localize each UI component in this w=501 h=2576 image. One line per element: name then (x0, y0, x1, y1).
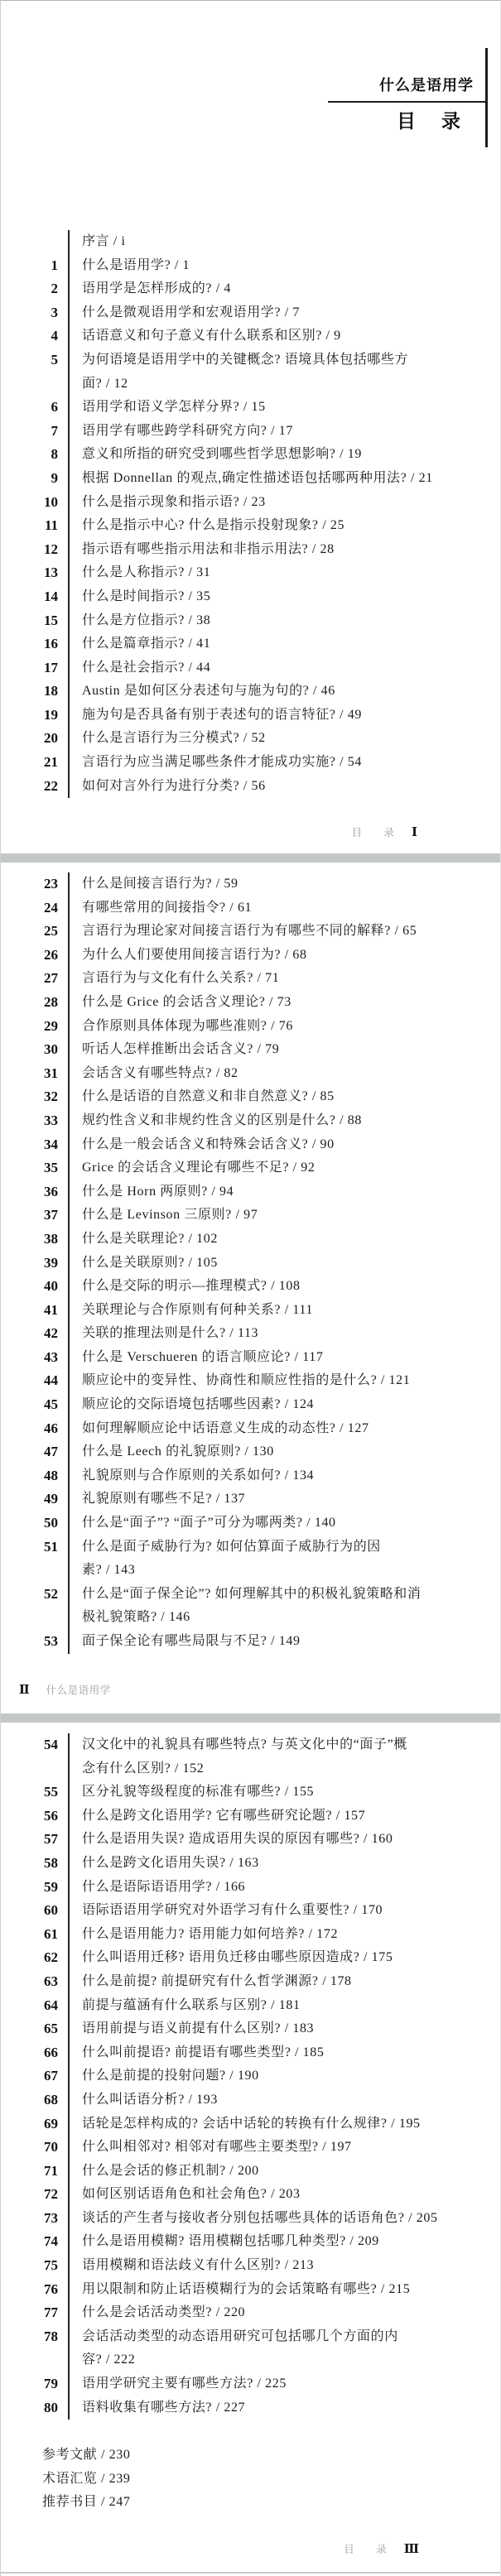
toc-entry: 70什么叫相邻对? 相邻对有哪些主要类型? / 197 (1, 2136, 500, 2160)
toc-entry: 31会话含义有哪些特点? / 82 (1, 1062, 500, 1086)
entry-number: 4 (1, 324, 68, 348)
entry-number: 71 (1, 2160, 68, 2184)
toc-entry: 1什么是语用学? / 1 (1, 254, 500, 278)
toc-entry: 51什么是面子威胁行为? 如何估算面子威胁行为的因素? / 143 (1, 1536, 500, 1583)
entry-title: 什么是关联理论? / 102 (68, 1228, 218, 1252)
entry-number: 58 (1, 1852, 68, 1876)
entry-title: 什么叫相邻对? 相邻对有哪些主要类型? / 197 (68, 2136, 352, 2160)
toc-entry: 75语用模糊和语法歧义有什么区别? / 213 (1, 2254, 500, 2278)
header-horizontal-rule (328, 101, 485, 103)
entry-title: 什么叫前提语? 前提语有哪些类型? / 185 (68, 2041, 324, 2065)
entry-number: 45 (1, 1393, 68, 1417)
entry-number: 43 (1, 1346, 68, 1370)
entry-number: 61 (1, 1923, 68, 1947)
entry-number: 9 (1, 467, 68, 491)
toc-entry: 42关联的推理法则是什么? / 113 (1, 1322, 500, 1346)
toc-entry: 18Austin 是如何区分表述句与施为句的? / 46 (1, 680, 500, 704)
entry-number: 42 (1, 1322, 68, 1346)
entry-number: 38 (1, 1228, 68, 1252)
toc-entry: 62什么叫语用迁移? 语用负迁移由哪些原因造成? / 175 (1, 1946, 500, 1970)
toc-entry: 64前提与蕴涵有什么联系与区别? / 181 (1, 1994, 500, 2018)
entry-number: 77 (1, 2301, 68, 2325)
toc-list-page-2: 23什么是间接言语行为? / 5924有哪些常用的间接指令? / 6125言语行… (1, 872, 500, 1654)
toc-entry: 47什么是 Leech 的礼貌原则? / 130 (1, 1440, 500, 1464)
toc-entry: 15什么是方位指示? / 38 (1, 609, 500, 633)
entry-number: 66 (1, 2041, 68, 2065)
toc-entry: 61什么是语用能力? 语用能力如何培养? / 172 (1, 1923, 500, 1947)
entry-number: 3 (1, 301, 68, 325)
toc-entry: 78会话活动类型的动态语用研究可包括哪几个方面的内容? / 222 (1, 2325, 500, 2372)
entry-title: 语际语语用学研究对外语学习有什么重要性? / 170 (68, 1899, 383, 1923)
toc-entry: 54汉文化中的礼貌具有哪些特点? 与英文化中的“面子”概念有什么区别? / 15… (1, 1733, 500, 1781)
entry-number: 27 (1, 967, 68, 991)
page-separator (1, 853, 500, 863)
toc-entry: 20什么是言语行为三分模式? / 52 (1, 727, 500, 751)
entry-number: 30 (1, 1038, 68, 1062)
entry-title: 语用学和语义学怎样分界? / 15 (68, 396, 266, 420)
entry-title: 用以限制和防止话语模糊行为的会话策略有哪些? / 215 (68, 2278, 410, 2302)
entry-title: 语用模糊和语法歧义有什么区别? / 213 (68, 2254, 314, 2278)
entry-number: 48 (1, 1464, 68, 1488)
entry-title: 什么是关联原则? / 105 (68, 1252, 218, 1276)
entry-number: 62 (1, 1946, 68, 1970)
toc-entry: 24有哪些常用的间接指令? / 61 (1, 896, 500, 920)
footer-page-number: Ⅲ (404, 2543, 419, 2556)
back-matter-entry: 术语汇览 / 239 (42, 2468, 500, 2492)
entry-number: 78 (1, 2325, 68, 2372)
entry-title: 什么是“面子”? “面子”可分为哪两类? / 140 (68, 1511, 336, 1536)
entry-title: 什么是指示中心? 什么是指示投射现象? / 25 (68, 514, 344, 538)
entry-title: 什么是语用模糊? 语用模糊包括哪几种类型? / 209 (68, 2230, 379, 2254)
toc-entry: 58什么是跨文化语用失误? / 163 (1, 1852, 500, 1876)
entry-number (1, 230, 68, 254)
entry-title: 如何理解顺应论中话语意义生成的动态性? / 127 (68, 1417, 369, 1441)
toc-entry: 44顺应论中的变异性、协商性和顺应性指的是什么? / 121 (1, 1369, 500, 1393)
entry-number: 50 (1, 1511, 68, 1536)
toc-entry: 60语际语语用学研究对外语学习有什么重要性? / 170 (1, 1899, 500, 1923)
entry-title: 语用前提与语义前提有什么区别? / 183 (68, 2017, 314, 2041)
toc-list-page-3: 54汉文化中的礼貌具有哪些特点? 与英文化中的“面子”概念有什么区别? / 15… (1, 1733, 500, 2515)
toc-entry: 69话轮是怎样构成的? 会话中话轮的转换有什么规律? / 195 (1, 2112, 500, 2136)
toc-entry: 71什么是会话的修正机制? / 200 (1, 2160, 500, 2184)
toc-entry: 32什么是话语的自然意义和非自然意义? / 85 (1, 1085, 500, 1109)
toc-entry: 28什么是 Grice 的会话含义理论? / 73 (1, 991, 500, 1015)
toc-entry: 8意义和所指的研究受到哪些哲学思想影响? / 19 (1, 443, 500, 467)
entry-number: 40 (1, 1275, 68, 1299)
entry-number: 54 (1, 1733, 68, 1781)
entry-title: 言语行为应当满足哪些条件才能成功实施? / 54 (68, 751, 362, 775)
toc-entry: 76用以限制和防止话语模糊行为的会话策略有哪些? / 215 (1, 2278, 500, 2302)
entry-number: 16 (1, 632, 68, 656)
entry-number: 69 (1, 2112, 68, 2136)
entry-title: 什么是微观语用学和宏观语用学? / 7 (68, 301, 300, 325)
entry-number: 57 (1, 1828, 68, 1852)
toc-entry: 16什么是篇章指示? / 41 (1, 632, 500, 656)
toc-entry: 7语用学有哪些跨学科研究方向? / 17 (1, 420, 500, 444)
entry-number: 17 (1, 656, 68, 680)
entry-title: 什么是“面子保全论”? 如何理解其中的积极礼貌策略和消极礼貌策略? / 146 (68, 1583, 422, 1630)
entry-title: 什么是话语的自然意义和非自然意义? / 85 (68, 1085, 335, 1109)
toc-entry: 68什么叫话语分析? / 193 (1, 2088, 500, 2112)
entry-title: 语用学有哪些跨学科研究方向? / 17 (68, 420, 293, 444)
entry-number: 51 (1, 1536, 68, 1583)
entry-title: 什么是会话的修正机制? / 200 (68, 2160, 259, 2184)
entry-title: 什么叫话语分析? / 193 (68, 2088, 218, 2112)
page-footer-3: 目 录Ⅲ (344, 2541, 419, 2558)
entry-title: 什么是一般会话含义和特殊会话含义? / 90 (68, 1133, 335, 1157)
entry-number: 23 (1, 872, 68, 896)
header-vertical-rule (485, 48, 488, 147)
entry-title: Grice 的会话含义理论有哪些不足? / 92 (68, 1156, 315, 1180)
entry-title: 谈话的产生者与接收者分别包括哪些具体的话语角色? / 205 (68, 2207, 438, 2231)
toc-entry: 21言语行为应当满足哪些条件才能成功实施? / 54 (1, 751, 500, 775)
entry-title: 如何对言外行为进行分类? / 56 (68, 775, 266, 799)
toc-entry: 72如何区别话语角色和社会角色? / 203 (1, 2183, 500, 2207)
entry-number: 29 (1, 1015, 68, 1039)
entry-number: 72 (1, 2183, 68, 2207)
entry-number: 8 (1, 443, 68, 467)
toc-entry: 43什么是 Verschueren 的语言顺应论? / 117 (1, 1346, 500, 1370)
toc-entry: 55区分礼貌等级程度的标准有哪些? / 155 (1, 1781, 500, 1805)
entry-number: 76 (1, 2278, 68, 2302)
entry-number: 70 (1, 2136, 68, 2160)
toc-entry: 14什么是时间指示? / 35 (1, 585, 500, 609)
toc-entry: 13什么是人称指示? / 31 (1, 561, 500, 585)
entry-number: 2 (1, 277, 68, 301)
entry-number: 25 (1, 920, 68, 944)
entry-title: 什么是 Verschueren 的语言顺应论? / 117 (68, 1346, 323, 1370)
entry-number: 52 (1, 1583, 68, 1630)
entry-number: 63 (1, 1970, 68, 1994)
toc-entry: 4话语意义和句子意义有什么联系和区别? / 9 (1, 324, 500, 348)
page-separator (1, 1713, 500, 1723)
entry-number: 46 (1, 1417, 68, 1441)
entry-title: 什么是 Grice 的会话含义理论? / 73 (68, 991, 291, 1015)
entry-number: 39 (1, 1252, 68, 1276)
toc-entry: 27言语行为与文化有什么关系? / 71 (1, 967, 500, 991)
entry-title: 语用学研究主要有哪些方法? / 225 (68, 2372, 287, 2396)
entry-number: 59 (1, 1876, 68, 1900)
entry-title: 指示语有哪些指示用法和非指示用法? / 28 (68, 538, 335, 562)
toc-entry: 39什么是关联原则? / 105 (1, 1252, 500, 1276)
entry-number: 28 (1, 991, 68, 1015)
entry-number: 80 (1, 2396, 68, 2420)
entry-number: 41 (1, 1299, 68, 1323)
toc-entry: 5为何语境是语用学中的关键概念? 语境具体包括哪些方面? / 12 (1, 348, 500, 396)
entry-number: 1 (1, 254, 68, 278)
entry-title: 意义和所指的研究受到哪些哲学思想影响? / 19 (68, 443, 362, 467)
entry-title: 什么是间接言语行为? / 59 (68, 872, 238, 896)
entry-title: 什么是跨文化语用学? 它有哪些研究论题? / 157 (68, 1805, 365, 1829)
entry-title: 根据 Donnellan 的观点,确定性描述语包括哪两种用法? / 21 (68, 467, 433, 491)
footer-section-label: 目 录 (344, 2544, 393, 2555)
entry-number: 75 (1, 2254, 68, 2278)
entry-number: 21 (1, 751, 68, 775)
toc-entry: 46如何理解顺应论中话语意义生成的动态性? / 127 (1, 1417, 500, 1441)
toc-entry: 40什么是交际的明示—推理模式? / 108 (1, 1275, 500, 1299)
entry-title: 什么是前提? 前提研究有什么哲学渊源? / 178 (68, 1970, 352, 1994)
toc-entry: 11什么是指示中心? 什么是指示投射现象? / 25 (1, 514, 500, 538)
toc-entry: 52什么是“面子保全论”? 如何理解其中的积极礼貌策略和消极礼貌策略? / 14… (1, 1583, 500, 1630)
entry-title: 施为句是否具备有别于表述句的语言特征? / 49 (68, 704, 362, 728)
toc-entry: 56什么是跨文化语用学? 它有哪些研究论题? / 157 (1, 1805, 500, 1829)
toc-entry: 73谈话的产生者与接收者分别包括哪些具体的话语角色? / 205 (1, 2207, 500, 2231)
entry-number: 10 (1, 491, 68, 515)
entry-title: 什么是语用学? / 1 (68, 254, 190, 278)
toc-entry: 38什么是关联理论? / 102 (1, 1228, 500, 1252)
toc-entry: 79语用学研究主要有哪些方法? / 225 (1, 2372, 500, 2396)
page-bottom-rule (1, 2572, 500, 2574)
entry-title: 会话活动类型的动态语用研究可包括哪几个方面的内容? / 222 (68, 2325, 398, 2372)
entry-title: 什么是言语行为三分模式? / 52 (68, 727, 266, 751)
entry-title: 话语意义和句子意义有什么联系和区别? / 9 (68, 324, 341, 348)
toc-entry: 59什么是语际语语用学? / 166 (1, 1876, 500, 1900)
toc-page-1: 什么是语用学 目 录 序言 / i1什么是语用学? / 12语用学是怎样形成的?… (1, 1, 500, 853)
toc-entry: 35Grice 的会话含义理论有哪些不足? / 92 (1, 1156, 500, 1180)
toc-entry: 49礼貌原则有哪些不足? / 137 (1, 1487, 500, 1511)
back-matter-entry: 参考文献 / 230 (42, 2444, 500, 2468)
entry-number: 55 (1, 1781, 68, 1805)
entry-title: 什么是会话活动类型? / 220 (68, 2301, 245, 2325)
entry-title: 什么是 Leech 的礼貌原则? / 130 (68, 1440, 274, 1464)
entry-number: 36 (1, 1180, 68, 1204)
entry-title: 为什么人们要使用间接言语行为? / 68 (68, 944, 307, 968)
toc-entry: 67什么是前提的投射问题? / 190 (1, 2064, 500, 2088)
entry-number: 79 (1, 2372, 68, 2396)
entry-title: 语用学是怎样形成的? / 4 (68, 277, 231, 301)
entry-title: 什么是面子威胁行为? 如何估算面子威胁行为的因素? / 143 (68, 1536, 381, 1583)
toc-entry: 17什么是社会指示? / 44 (1, 656, 500, 680)
entry-title: 言语行为与文化有什么关系? / 71 (68, 967, 279, 991)
entry-title: 什么是语用能力? 语用能力如何培养? / 172 (68, 1923, 338, 1947)
back-matter-entry: 推荐书目 / 247 (42, 2491, 500, 2515)
entry-title: 什么是篇章指示? / 41 (68, 632, 210, 656)
entry-title: 语料收集有哪些方法? / 227 (68, 2396, 245, 2420)
entry-number: 37 (1, 1204, 68, 1228)
entry-title: 顺应论中的变异性、协商性和顺应性指的是什么? / 121 (68, 1369, 410, 1393)
entry-title: 什么是语用失误? 造成语用失误的原因有哪些? / 160 (68, 1828, 393, 1852)
entry-title: 什么是语际语语用学? / 166 (68, 1876, 245, 1900)
toc-entry: 33规约性含义和非规约性含义的区别是什么? / 88 (1, 1109, 500, 1133)
entry-title: Austin 是如何区分表述句与施为句的? / 46 (68, 680, 335, 704)
toc-entry: 37什么是 Levinson 三原则? / 97 (1, 1204, 500, 1228)
toc-entry: 41关联理论与合作原则有何种关系? / 111 (1, 1299, 500, 1323)
entry-number: 11 (1, 514, 68, 538)
toc-entry: 74什么是语用模糊? 语用模糊包括哪几种类型? / 209 (1, 2230, 500, 2254)
entry-number: 13 (1, 561, 68, 585)
toc-entry: 23什么是间接言语行为? / 59 (1, 872, 500, 896)
toc-document: 什么是语用学 目 录 序言 / i1什么是语用学? / 12语用学是怎样形成的?… (0, 0, 501, 2576)
toc-entry: 12指示语有哪些指示用法和非指示用法? / 28 (1, 538, 500, 562)
entry-number: 24 (1, 896, 68, 920)
entry-number: 56 (1, 1805, 68, 1829)
running-head: 什么是语用学 (379, 77, 474, 94)
entry-number: 53 (1, 1630, 68, 1654)
toc-entry: 34什么是一般会话含义和特殊会话含义? / 90 (1, 1133, 500, 1157)
entry-title: 关联的推理法则是什么? / 113 (68, 1322, 258, 1346)
entry-number: 60 (1, 1899, 68, 1923)
back-matter: 参考文献 / 230术语汇览 / 239推荐书目 / 247 (42, 2444, 500, 2515)
toc-entry: 36什么是 Horn 两原则? / 94 (1, 1180, 500, 1204)
entry-title: 顺应论的交际语境包括哪些因素? / 124 (68, 1393, 314, 1417)
entry-title: 为何语境是语用学中的关键概念? 语境具体包括哪些方面? / 12 (68, 348, 408, 396)
toc-entry: 65语用前提与语义前提有什么区别? / 183 (1, 2017, 500, 2041)
toc-page-3: 54汉文化中的礼貌具有哪些特点? 与英文化中的“面子”概念有什么区别? / 15… (1, 1723, 500, 2576)
entry-title: 礼貌原则与合作原则的关系如何? / 134 (68, 1464, 314, 1488)
entry-number: 15 (1, 609, 68, 633)
entry-title: 言语行为理论家对间接言语行为有哪些不同的解释? / 65 (68, 920, 417, 944)
entry-title: 面子保全论有哪些局限与不足? / 149 (68, 1630, 301, 1654)
footer-page-number: Ⅰ (412, 826, 417, 839)
entry-number: 74 (1, 2230, 68, 2254)
entry-title: 听话人怎样推断出会话含义? / 79 (68, 1038, 279, 1062)
entry-number: 22 (1, 775, 68, 799)
entry-number: 14 (1, 585, 68, 609)
entry-number: 7 (1, 420, 68, 444)
footer-page-number: Ⅱ (19, 1684, 30, 1697)
entry-number: 20 (1, 727, 68, 751)
toc-entry: 29合作原则具体体现为哪些准则? / 76 (1, 1015, 500, 1039)
entry-number: 5 (1, 348, 68, 396)
toc-entry: 77什么是会话活动类型? / 220 (1, 2301, 500, 2325)
entry-number: 12 (1, 538, 68, 562)
entry-title: 什么是跨文化语用失误? / 163 (68, 1852, 259, 1876)
entry-title: 汉文化中的礼貌具有哪些特点? 与英文化中的“面子”概念有什么区别? / 152 (68, 1733, 407, 1781)
entry-title: 什么是人称指示? / 31 (68, 561, 210, 585)
toc-list-page-1: 序言 / i1什么是语用学? / 12语用学是怎样形成的? / 43什么是微观语… (1, 230, 500, 798)
toc-entry: 19施为句是否具备有别于表述句的语言特征? / 49 (1, 704, 500, 728)
entry-title: 合作原则具体体现为哪些准则? / 76 (68, 1015, 293, 1039)
entry-title: 什么是前提的投射问题? / 190 (68, 2064, 259, 2088)
entry-number: 18 (1, 680, 68, 704)
toc-entry: 30听话人怎样推断出会话含义? / 79 (1, 1038, 500, 1062)
toc-entry: 63什么是前提? 前提研究有什么哲学渊源? / 178 (1, 1970, 500, 1994)
entry-title: 如何区别话语角色和社会角色? / 203 (68, 2183, 301, 2207)
entry-title: 什么是方位指示? / 38 (68, 609, 210, 633)
entry-title: 什么是交际的明示—推理模式? / 108 (68, 1275, 301, 1299)
entry-title: 会话含义有哪些特点? / 82 (68, 1062, 238, 1086)
entry-title: 什么叫语用迁移? 语用负迁移由哪些原因造成? / 175 (68, 1946, 393, 1970)
toc-entry: 26为什么人们要使用间接言语行为? / 68 (1, 944, 500, 968)
toc-page-2: 23什么是间接言语行为? / 5924有哪些常用的间接指令? / 6125言语行… (1, 863, 500, 1713)
entry-number: 35 (1, 1156, 68, 1180)
entry-number: 19 (1, 704, 68, 728)
toc-entry: 3什么是微观语用学和宏观语用学? / 7 (1, 301, 500, 325)
entry-number: 64 (1, 1994, 68, 2018)
toc-entry: 57什么是语用失误? 造成语用失误的原因有哪些? / 160 (1, 1828, 500, 1852)
entry-title: 礼貌原则有哪些不足? / 137 (68, 1487, 245, 1511)
entry-title: 关联理论与合作原则有何种关系? / 111 (68, 1299, 313, 1323)
footer-section-label: 目 录 (351, 827, 400, 839)
entry-number: 44 (1, 1369, 68, 1393)
entry-number: 26 (1, 944, 68, 968)
toc-entry: 66什么叫前提语? 前提语有哪些类型? / 185 (1, 2041, 500, 2065)
toc-title: 目 录 (397, 110, 464, 132)
toc-entry: 10什么是指示现象和指示语? / 23 (1, 491, 500, 515)
entry-number: 73 (1, 2207, 68, 2231)
entry-number: 33 (1, 1109, 68, 1133)
entry-title: 有哪些常用的间接指令? / 61 (68, 896, 252, 920)
entry-number: 47 (1, 1440, 68, 1464)
entry-title: 什么是 Levinson 三原则? / 97 (68, 1204, 258, 1228)
toc-entry: 80语料收集有哪些方法? / 227 (1, 2396, 500, 2420)
entry-title: 什么是社会指示? / 44 (68, 656, 210, 680)
toc-entry: 22如何对言外行为进行分类? / 56 (1, 775, 500, 799)
entry-title: 规约性含义和非规约性含义的区别是什么? / 88 (68, 1109, 362, 1133)
toc-entry: 2语用学是怎样形成的? / 4 (1, 277, 500, 301)
entry-number: 6 (1, 396, 68, 420)
entry-number: 32 (1, 1085, 68, 1109)
toc-entry: 50什么是“面子”? “面子”可分为哪两类? / 140 (1, 1511, 500, 1536)
entry-number: 65 (1, 2017, 68, 2041)
footer-section-label: 什么是语用学 (46, 1684, 111, 1696)
entry-number: 31 (1, 1062, 68, 1086)
toc-entry: 6语用学和语义学怎样分界? / 15 (1, 396, 500, 420)
entry-title: 什么是指示现象和指示语? / 23 (68, 491, 266, 515)
toc-entry: 45顺应论的交际语境包括哪些因素? / 124 (1, 1393, 500, 1417)
entry-title: 序言 / i (68, 230, 126, 254)
toc-entry: 53面子保全论有哪些局限与不足? / 149 (1, 1630, 500, 1654)
toc-entry: 9根据 Donnellan 的观点,确定性描述语包括哪两种用法? / 21 (1, 467, 500, 491)
entry-title: 区分礼貌等级程度的标准有哪些? / 155 (68, 1781, 314, 1805)
entry-number: 68 (1, 2088, 68, 2112)
toc-entry: 25言语行为理论家对间接言语行为有哪些不同的解释? / 65 (1, 920, 500, 944)
entry-number: 49 (1, 1487, 68, 1511)
entry-number: 67 (1, 2064, 68, 2088)
page-footer-1: 目 录Ⅰ (351, 824, 417, 841)
entry-title: 什么是时间指示? / 35 (68, 585, 210, 609)
entry-number: 34 (1, 1133, 68, 1157)
page-footer-2: Ⅱ什么是语用学 (19, 1682, 111, 1699)
entry-title: 话轮是怎样构成的? 会话中话轮的转换有什么规律? / 195 (68, 2112, 421, 2136)
toc-entry: 序言 / i (1, 230, 500, 254)
toc-entry: 48礼貌原则与合作原则的关系如何? / 134 (1, 1464, 500, 1488)
entry-title: 前提与蕴涵有什么联系与区别? / 181 (68, 1994, 301, 2018)
entry-title: 什么是 Horn 两原则? / 94 (68, 1180, 234, 1204)
